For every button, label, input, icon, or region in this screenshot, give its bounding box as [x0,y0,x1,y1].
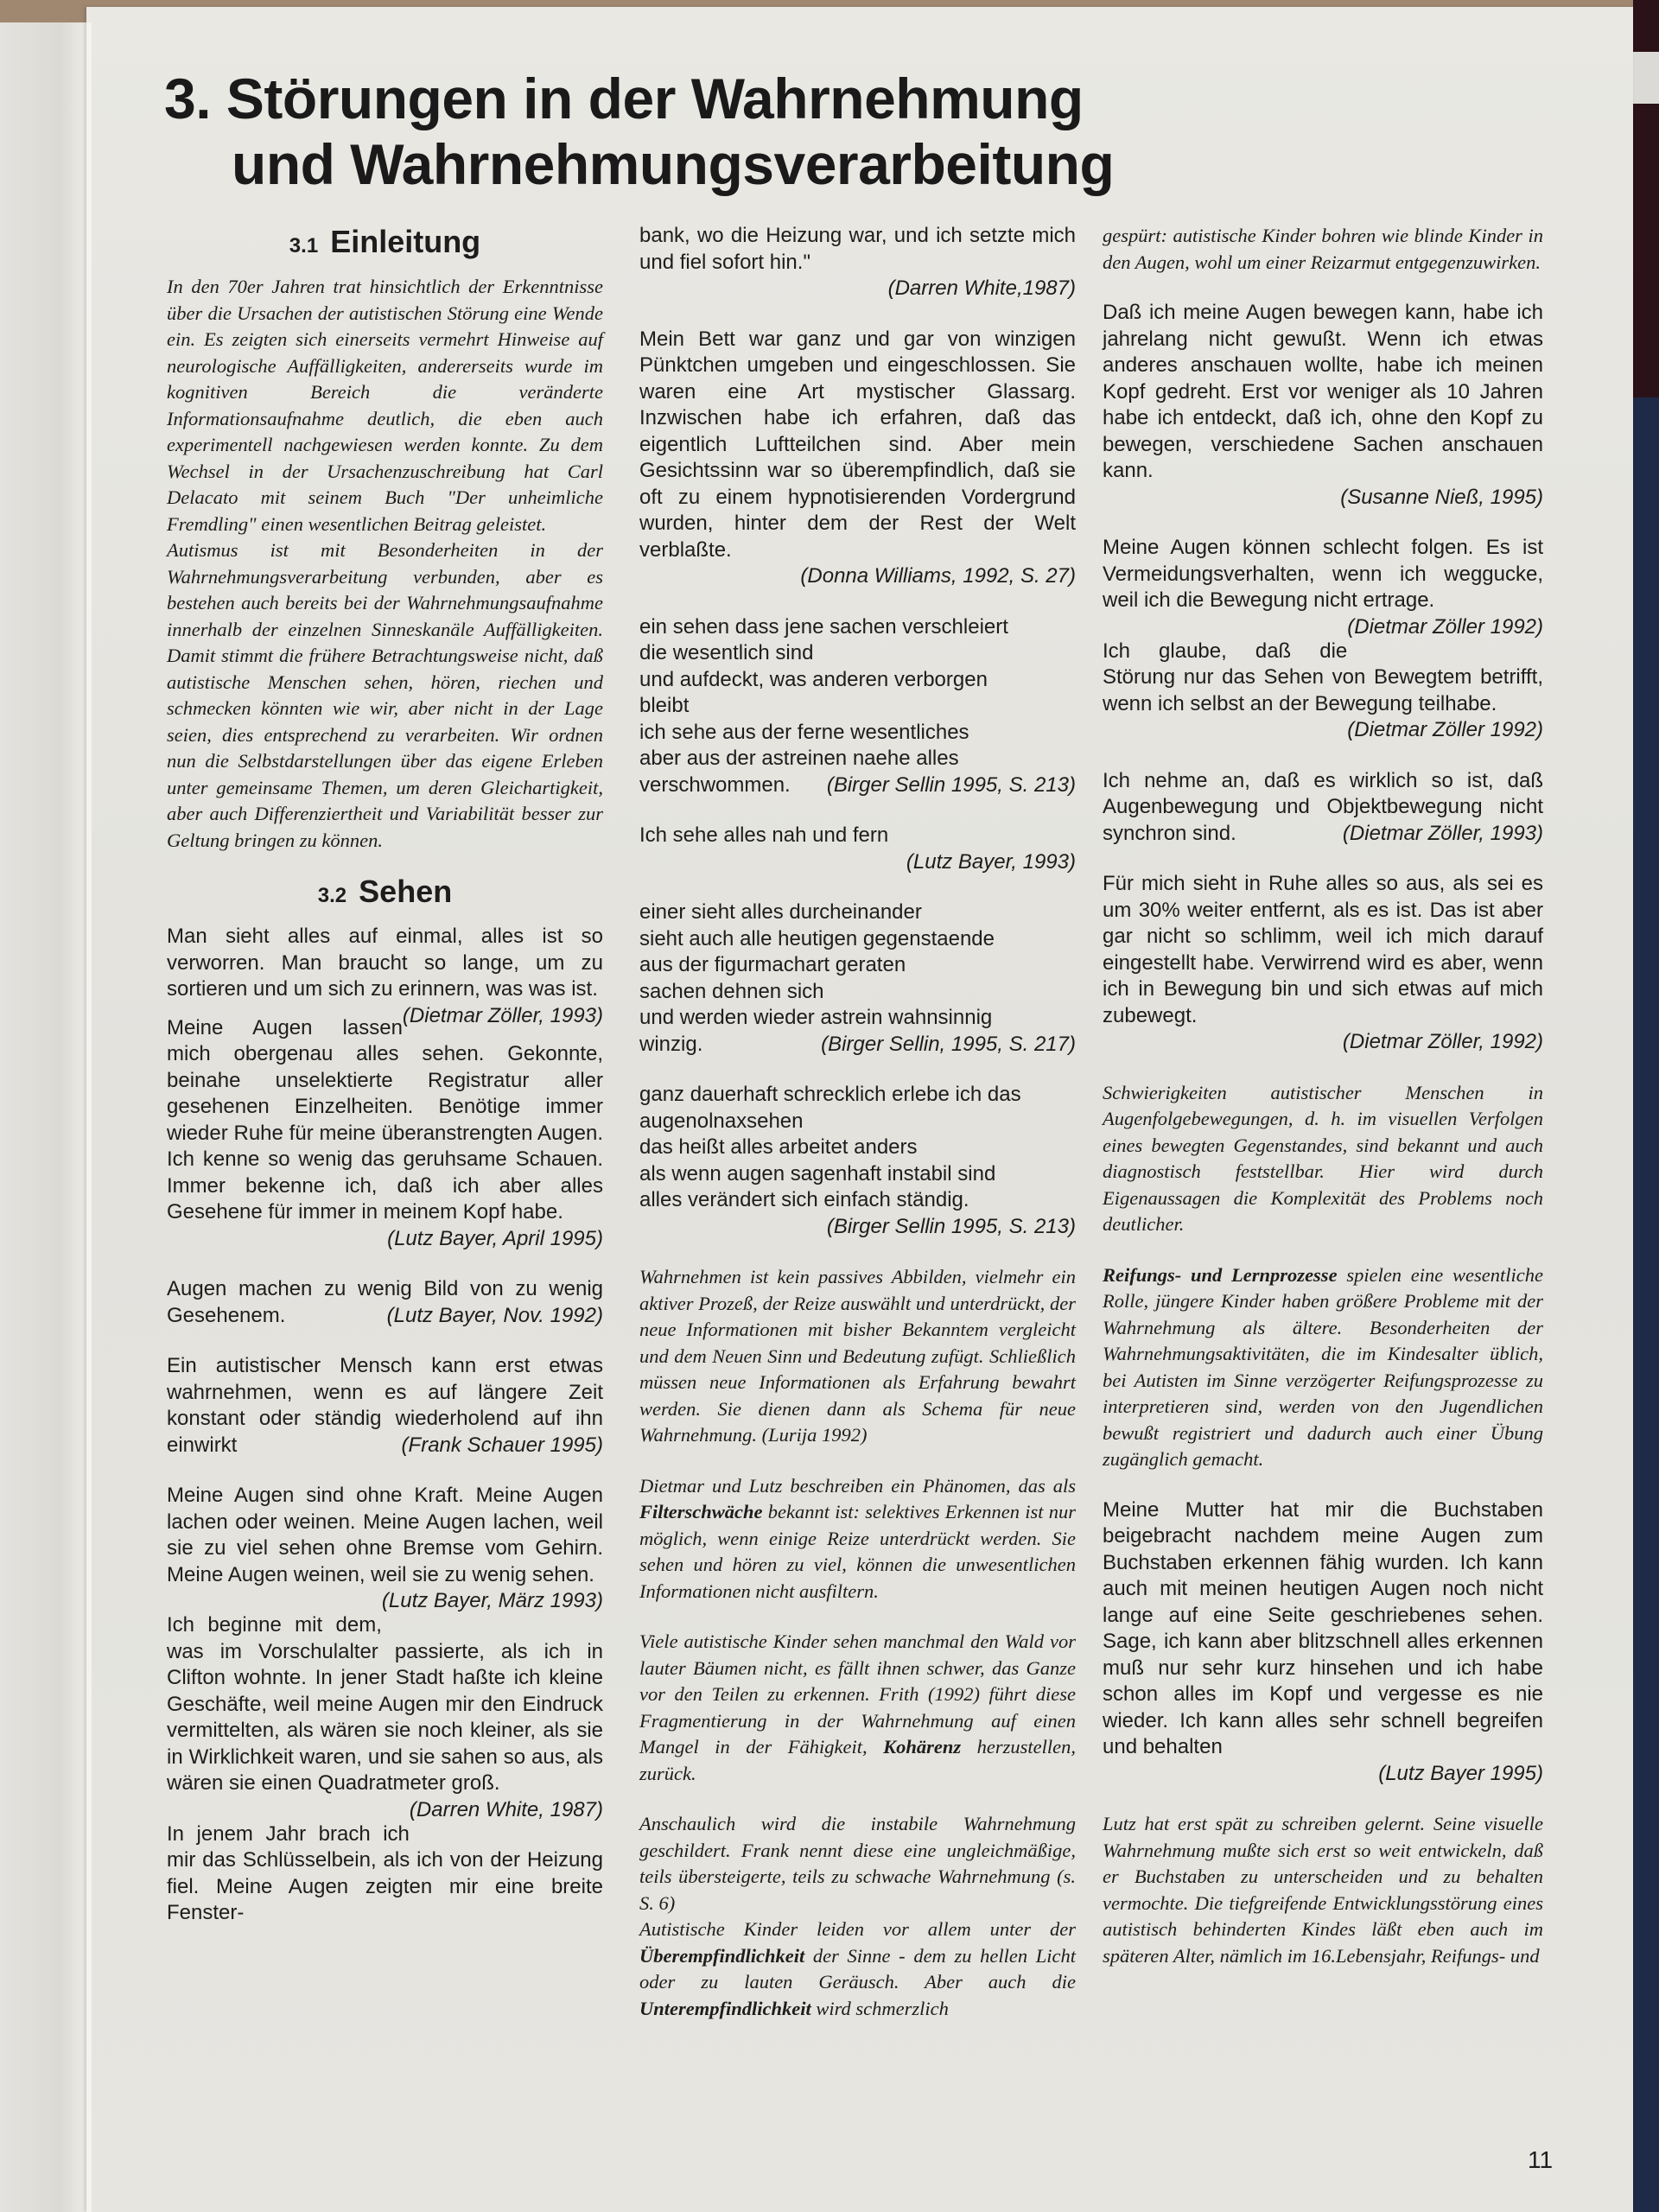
quote-citation: (Birger Sellin, 1995, S. 217) [821,1032,1076,1058]
commentary-paragraph: Wahrnehmen ist kein passives Abbilden, v… [639,1264,1076,1449]
quote-citation: (Darren White, 1987) [410,1797,603,1824]
key-term: Unterempfindlichkeit [639,1998,811,2019]
section-title: Einleitung [330,224,480,259]
poem-line: das heißt alles arbeitet anders [639,1135,918,1159]
quote-block: Man sieht alles auf einmal, alles ist so… [167,924,603,1003]
poem-quote: ein sehen dass jene sachen verschleiert … [639,614,1076,799]
key-term: Filterschwäche [639,1501,763,1522]
quote-text: Für mich sieht in Ruhe alles so aus, als… [1103,872,1543,1027]
commentary-paragraph: Lutz hat erst spät zu schreiben gelernt.… [1103,1811,1543,1969]
quote-citation: (Donna Williams, 1992, S. 27) [639,563,1076,590]
quote-text: Meine Augen können schlecht folgen. Es i… [1103,536,1543,612]
key-term: Reifungs- und Lernprozesse [1103,1264,1338,1286]
quote-block: Ich glaube, daß die Störung nur das Sehe… [1103,639,1543,744]
commentary-text: Anschaulich wird die instabile Wahrnehmu… [639,1813,1076,1914]
chapter-title: 3. Störungen in der Wahrnehmung und Wahr… [164,66,1114,197]
section-heading-einleitung: 3.1 Einleitung [167,223,603,265]
commentary-paragraph: Reifungs- und Lernprozesse spielen eine … [1103,1262,1543,1473]
quote-citation: (Lutz Bayer, März 1993) [382,1588,603,1615]
poem-line: augenolnaxsehen [639,1109,804,1133]
quote-text: Meine Augen sind ohne Kraft. Meine Augen… [167,1484,603,1586]
quote-block: Für mich sieht in Ruhe alles so aus, als… [1103,871,1543,1056]
key-term: Kohärenz [883,1736,961,1758]
quote-block: bank, wo die Heizung war, und ich setzte… [639,223,1076,302]
poem-line: ganz dauerhaft schrecklich erlebe ich da… [639,1083,1021,1106]
quote-block: Mein Bett war ganz und gar von winzigen … [639,327,1076,590]
commentary-text: spielen eine wesentliche Rolle, jüngere … [1103,1264,1543,1471]
poem-quote: ganz dauerhaft schrecklich erlebe ich da… [639,1082,1076,1240]
quote-citation: (Birger Sellin 1995, S. 213) [827,772,1076,799]
commentary-paragraph: gespürt: autistische Kinder bohren wie b… [1103,223,1543,276]
commentary-paragraph: Dietmar und Lutz beschreiben ein Phänome… [639,1473,1076,1605]
page-spine-fold [86,22,92,2212]
poem-line: sachen dehnen sich [639,980,824,1003]
quote-citation: (Lutz Bayer, Nov. 1992) [387,1303,603,1330]
poem-line: die wesentlich sind [639,641,813,664]
text-column-2: bank, wo die Heizung war, und ich setzte… [639,223,1076,2022]
quote-text: Ich sehe alles nah und fern [639,823,888,847]
quote-text: Meine Mutter hat mir die Buchstaben beig… [1103,1498,1543,1759]
quote-citation: (Birger Sellin 1995, S. 213) [639,1214,1076,1241]
quote-text: Daß ich meine Augen bewegen kann, habe i… [1103,301,1543,482]
poem-line: sieht auch alle heutigen gegenstaende [639,927,995,950]
quote-text: Meine Augen lassen mich obergenau alles … [167,1016,603,1224]
poem-line: winzig. [639,1033,702,1056]
quote-citation: (Lutz Bayer, April 1995) [167,1226,603,1253]
intro-paragraph-2: Autismus ist mit Besonderheiten in der W… [167,537,603,854]
poem-line: einer sieht alles durcheinander [639,900,922,924]
poem-line: und werden wieder astrein wahnsinnig [639,1006,992,1029]
quote-citation: (Dietmar Zöller, 1992) [1103,1029,1543,1056]
quote-citation: (Dietmar Zöller, 1993) [403,1003,603,1030]
quote-block: Meine Augen können schlecht folgen. Es i… [1103,535,1543,614]
quote-citation: (Dietmar Zöller 1992) [1347,614,1543,641]
quote-block: Daß ich meine Augen bewegen kann, habe i… [1103,300,1543,511]
previous-page-edge [0,22,86,2212]
text-column-3: gespürt: autistische Kinder bohren wie b… [1103,223,1543,1969]
commentary-text: wird schmerzlich [811,1998,949,2019]
intro-paragraph-1: In den 70er Jahren trat hinsichtlich der… [167,274,603,537]
quote-citation: (Dietmar Zöller 1992) [1103,717,1543,744]
quote-block: Ich nehme an, daß es wirklich so ist, da… [1103,768,1543,848]
section-title: Sehen [359,874,452,909]
chapter-title-line2: und Wahrnehmungsverarbeitung [164,131,1114,197]
quote-text: Ich beginne mit dem, was im Vorschulalte… [167,1613,603,1795]
commentary-paragraph: Viele autistische Kinder sehen manchmal … [639,1629,1076,1787]
poem-quote: einer sieht alles durcheinander sieht au… [639,899,1076,1058]
quote-block: Meine Augen sind ohne Kraft. Meine Augen… [167,1483,603,1588]
quote-block: Augen machen zu wenig Bild von zu wenig … [167,1276,603,1329]
commentary-paragraph: Schwierigkeiten autistischer Menschen in… [1103,1080,1543,1238]
poem-line: ich sehe aus der ferne wesentliches [639,721,969,744]
quote-block: Meine Mutter hat mir die Buchstaben beig… [1103,1497,1543,1788]
quote-citation: (Lutz Bayer 1995) [1103,1761,1543,1788]
quote-block: Ich beginne mit dem, was im Vorschulalte… [167,1612,603,1797]
quote-text: Mein Bett war ganz und gar von winzigen … [639,327,1076,562]
quote-text: Ich glaube, daß die Störung nur das Sehe… [1103,639,1543,715]
quote-text: bank, wo die Heizung war, und ich setzte… [639,224,1076,274]
background-book-edge-strip [1633,52,1659,104]
commentary-text: Dietmar und Lutz beschreiben ein Phänome… [639,1475,1076,1497]
section-heading-sehen: 3.2 Sehen [167,873,603,915]
section-number: 3.2 [318,884,346,907]
quote-block: In jenem Jahr brach ich mir das Schlüsse… [167,1821,603,1927]
quote-block: Ein autistischer Mensch kann erst etwas … [167,1353,603,1459]
key-term: Überempfindlichkeit [639,1945,804,1967]
poem-line: aus der figurmachart geraten [639,953,906,976]
poem-line: alles verändert sich einfach ständig. [639,1188,969,1211]
quote-citation: (Susanne Nieß, 1995) [1103,485,1543,512]
page-number: 11 [1528,2146,1553,2174]
quote-citation: (Dietmar Zöller, 1993) [1343,821,1543,848]
poem-line: als wenn augen sagenhaft instabil sind [639,1162,995,1185]
chapter-title-line1: 3. Störungen in der Wahrnehmung [164,67,1084,130]
poem-line: bleibt [639,694,689,717]
quote-citation: (Lutz Bayer, 1993) [639,849,1076,876]
commentary-text: Autistische Kinder leiden vor allem unte… [639,1918,1076,1940]
quote-block: Ich sehe alles nah und fern (Lutz Bayer,… [639,823,1076,875]
quote-text: In jenem Jahr brach ich mir das Schlüsse… [167,1822,603,1925]
quote-block: Meine Augen lassen mich obergenau alles … [167,1015,603,1253]
text-column-1: 3.1 Einleitung In den 70er Jahren trat h… [167,223,603,1927]
poem-line: ein sehen dass jene sachen verschleiert [639,615,1008,639]
section-number: 3.1 [289,234,318,257]
quote-citation: (Darren White,1987) [639,276,1076,302]
commentary-paragraph: Anschaulich wird die instabile Wahrnehmu… [639,1811,1076,2022]
poem-line: und aufdeckt, was anderen verborgen [639,668,988,691]
quote-text: Man sieht alles auf einmal, alles ist so… [167,925,603,1001]
background-book-cover [1633,397,1659,2212]
quote-citation: (Frank Schauer 1995) [402,1433,603,1459]
